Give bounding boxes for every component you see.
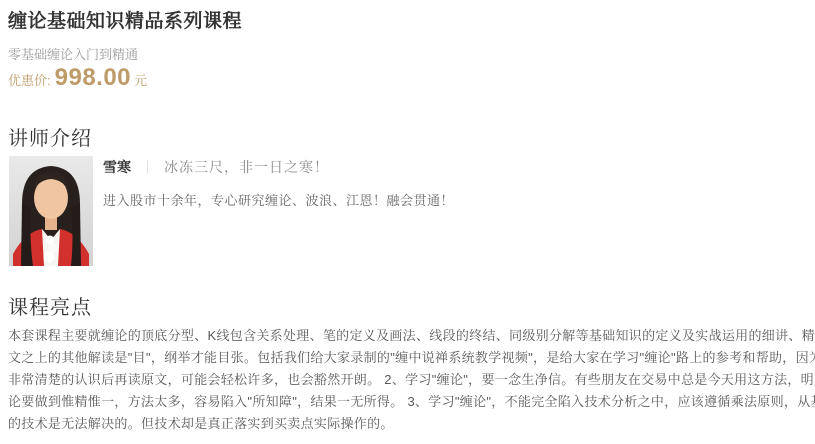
price-unit: 元 — [134, 70, 147, 89]
instructor-name: 雪寒 — [103, 157, 131, 177]
highlights-line: 文之上的其他解读是"目"，纲举才能目张。包括我们给大家录制的"缠中说禅系统教学视… — [8, 347, 815, 369]
price-amount: 998.00 — [55, 64, 131, 92]
price-label: 优惠价: — [8, 70, 51, 89]
divider-bar: ｜ — [141, 157, 154, 176]
course-subtitle: 零基础缠论入门到精通 — [8, 44, 138, 63]
price-row: 优惠价: 998.00 元 — [8, 64, 147, 92]
highlights-line: 非常清楚的认识后再读原文，可能会轻松许多，也会豁然开朗。 2、学习"缠论"，要一… — [8, 369, 815, 391]
highlights-line: 的技术是无法解决的。但技术却是真正落实到买卖点实际操作的。 — [8, 413, 815, 435]
highlights-line: 本套课程主要就缠论的顶底分型、K线包含关系处理、笔的定义及画法、线段的终结、同级… — [8, 325, 815, 347]
instructor-photo — [9, 156, 93, 266]
section-heading-highlights: 课程亮点 — [8, 291, 92, 320]
instructor-name-line: 雪寒 ｜ 冰冻三尺，非一日之寒！ — [103, 157, 329, 177]
instructor-bio: 进入股市十余年，专心研究缠论、波浪、江恩！融会贯通！ — [103, 190, 454, 209]
instructor-motto: 冰冻三尺，非一日之寒！ — [164, 157, 329, 177]
section-heading-instructor: 讲师介绍 — [8, 122, 92, 151]
highlights-line: 论要做到惟精惟一，方法太多，容易陷入"所知障"，结果一无所得。 3、学习"缠论"… — [8, 391, 815, 413]
page-title: 缠论基础知识精品系列课程 — [8, 6, 242, 33]
highlights-paragraph: 本套课程主要就缠论的顶底分型、K线包含关系处理、笔的定义及画法、线段的终结、同级… — [8, 325, 815, 435]
course-detail-page: 缠论基础知识精品系列课程 零基础缠论入门到精通 优惠价: 998.00 元 讲师… — [0, 0, 815, 444]
